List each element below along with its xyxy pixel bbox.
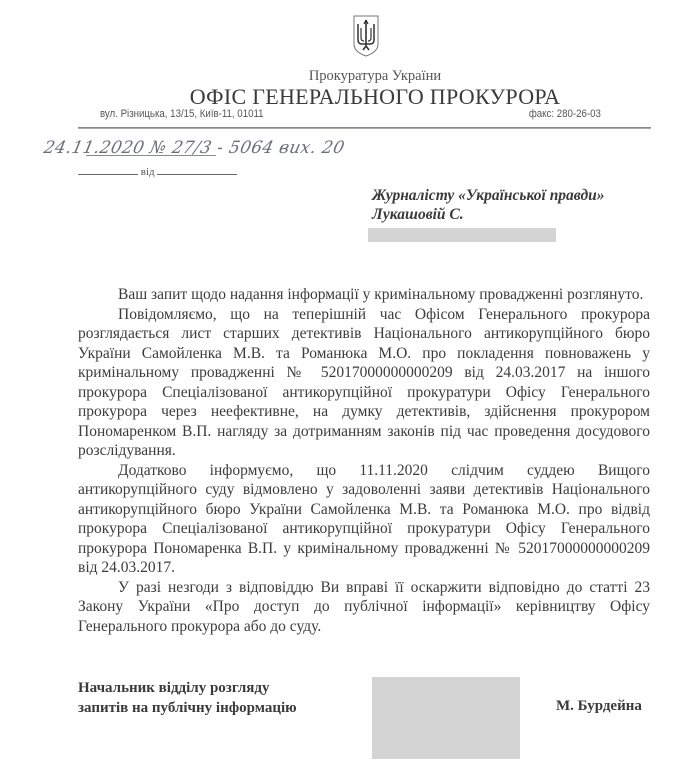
- organization-fax: факс: 280-26-03: [529, 108, 601, 120]
- reference-from-label: від: [141, 166, 155, 178]
- letterhead-divider: [78, 127, 651, 129]
- redacted-signature: [372, 677, 520, 759]
- recipient-line-1: Журналісту «Української правди»: [372, 186, 605, 205]
- body-paragraph: Додатково інформуємо, що 11.11.2020 слід…: [78, 461, 650, 578]
- body-paragraph: Ваш запит щодо надання інформації у крим…: [78, 285, 650, 305]
- signatory-title-line-1: Начальник відділу розгляду: [78, 678, 297, 698]
- letter-body: Ваш запит щодо надання інформації у крим…: [78, 285, 650, 636]
- recipient-block: Журналісту «Української правди» Лукашові…: [372, 186, 605, 224]
- signatory-title: Начальник відділу розгляду запитів на пу…: [78, 678, 297, 718]
- body-paragraph: У разі незгоди з відповіддю Ви вправі її…: [78, 578, 650, 637]
- organization-name: ОФІС ГЕНЕРАЛЬНОГО ПРОКУРОРА: [0, 84, 690, 110]
- registration-underline: [86, 155, 216, 156]
- reference-date-blank: [157, 174, 237, 175]
- organization-address: вул. Різницька, 13/15, Київ-11, 01011: [100, 108, 264, 120]
- organization-parent: Прокуратура України: [0, 68, 690, 85]
- reference-line: від: [78, 166, 237, 178]
- recipient-line-2: Лукашовій С.: [372, 205, 605, 224]
- reference-number-blank: [78, 174, 138, 175]
- signatory-title-line-2: запитів на публічну інформацію: [78, 698, 297, 718]
- trident-coat-of-arms-icon: [352, 14, 380, 58]
- signatory-name: М. Бурдейна: [556, 698, 642, 715]
- body-paragraph: Повідомляємо, що на теперішній час Офісо…: [78, 305, 650, 461]
- redacted-email: [368, 228, 556, 242]
